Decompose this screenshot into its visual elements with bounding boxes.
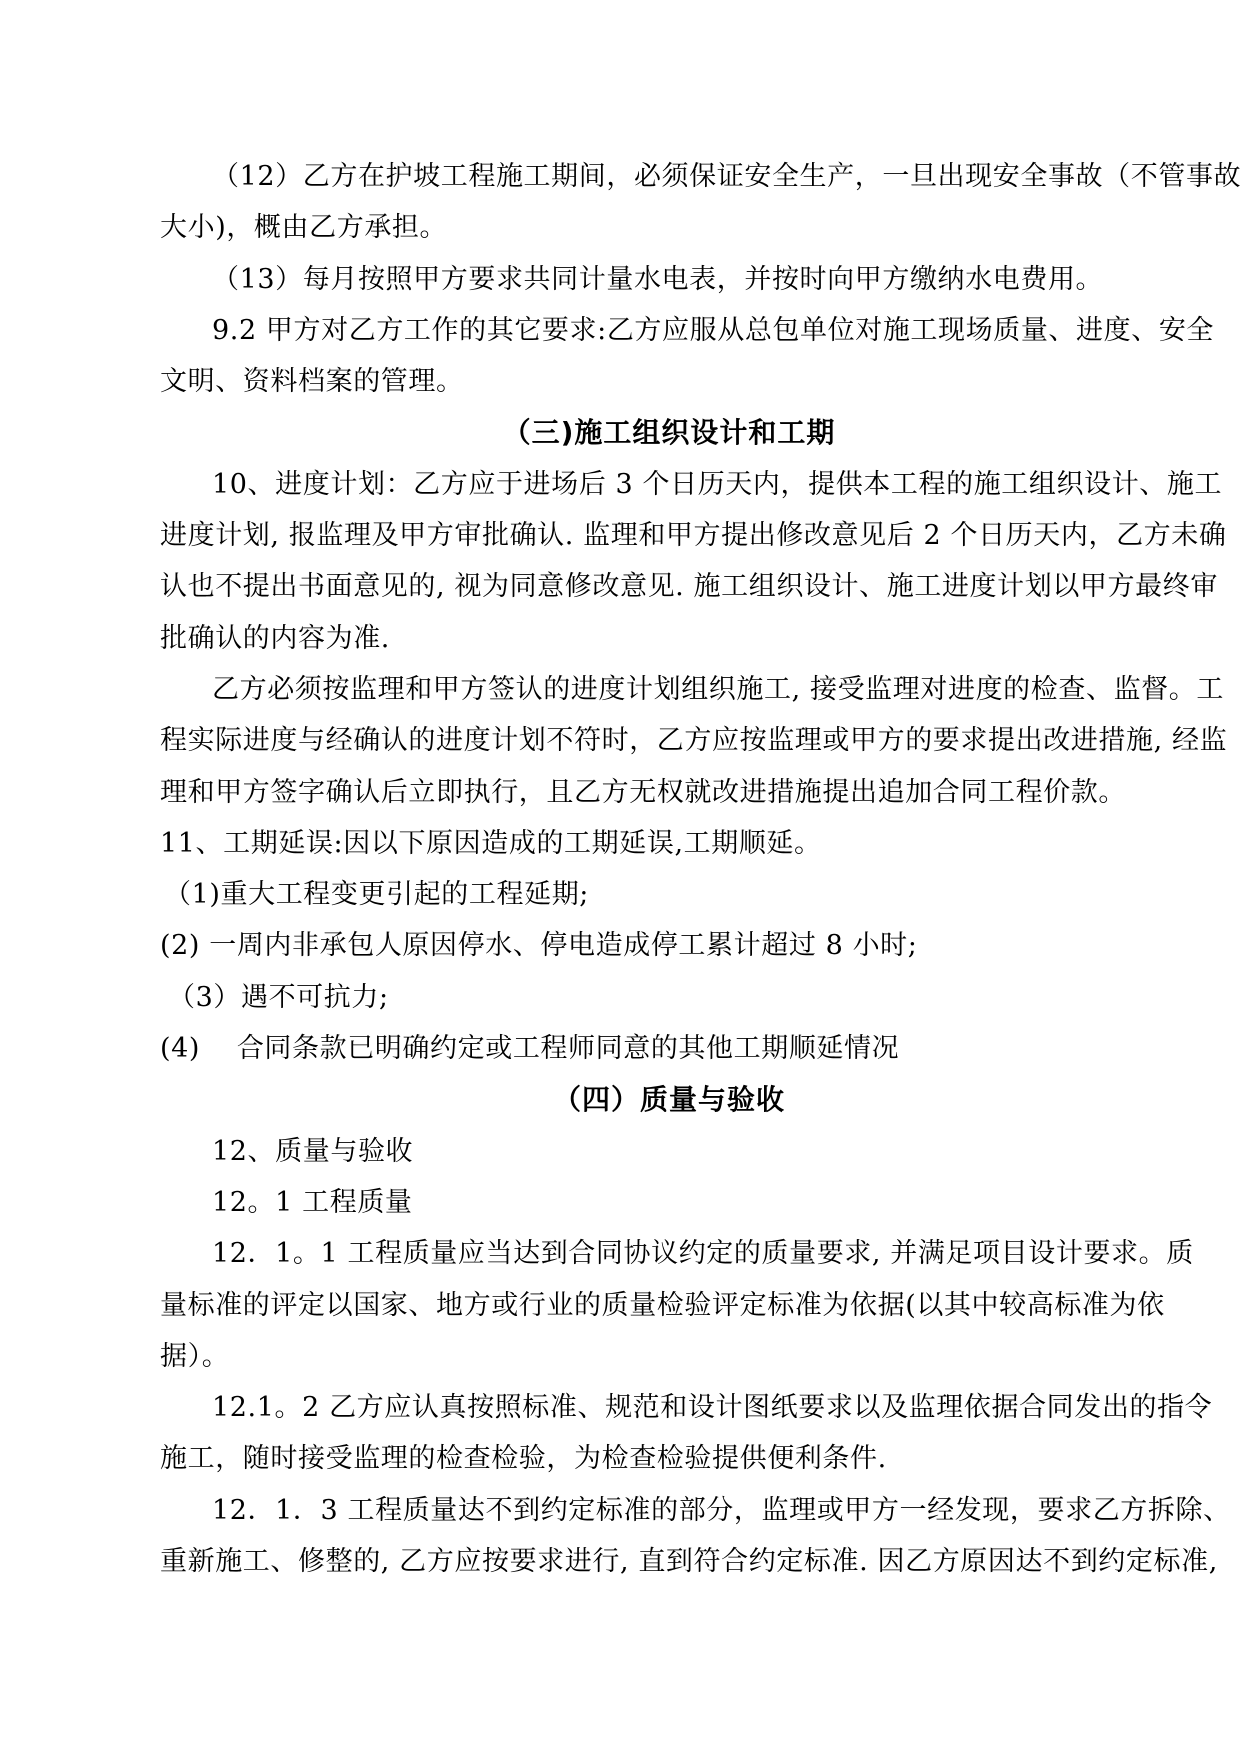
text-line: 12．1．3 工程质量达不到约定标准的部分，监理或甲方一经发现，要求乙方拆除、 [160, 1485, 1106, 1536]
text-line: 理和甲方签字确认后立即执行，且乙方无权就改进措施提出追加合同工程价款。 [160, 767, 1106, 818]
text-line: 9.2 甲方对乙方工作的其它要求:乙方应服从总包单位对施工现场质量、进度、安全 [160, 305, 1106, 356]
text-line: 程实际进度与经确认的进度计划不符时，乙方应按监理或甲方的要求提出改进措施, 经监 [160, 715, 1106, 766]
text-line: 进度计划, 报监理及甲方审批确认. 监理和甲方提出修改意见后 2 个日历天内，乙… [160, 510, 1106, 561]
section-heading: （四）质量与验收 [160, 1074, 1106, 1125]
section-heading: （三)施工组织设计和工期 [160, 407, 1106, 458]
text-line: 12、质量与验收 [160, 1126, 1106, 1177]
text-line: 量标准的评定以国家、地方或行业的质量检验评定标准为依据(以其中较高标准为依 [160, 1280, 1106, 1331]
text-line: 重新施工、修整的, 乙方应按要求进行, 直到符合约定标准. 因乙方原因达不到约定… [160, 1536, 1106, 1587]
text-line: (4) 合同条款已明确约定或工程师同意的其他工期顺延情况 [160, 1023, 1106, 1074]
text-line: 11、工期延误:因以下原因造成的工期延误,工期顺延。 [160, 818, 1106, 869]
text-line: 12．1。1 工程质量应当达到合同协议约定的质量要求, 并满足项目设计要求。质 [160, 1228, 1106, 1279]
text-line: （1)重大工程变更引起的工程延期; [160, 869, 1106, 920]
text-line: 大小)，概由乙方承担。 [160, 202, 1106, 253]
text-line: (2) 一周内非承包人原因停水、停电造成停工累计超过 8 小时; [160, 920, 1106, 971]
text-line: 认也不提出书面意见的, 视为同意修改意见. 施工组织设计、施工进度计划以甲方最终… [160, 561, 1106, 612]
text-line: 乙方必须按监理和甲方签认的进度计划组织施工, 接受监理对进度的检查、监督。工 [160, 664, 1106, 715]
text-line: 12.1。2 乙方应认真按照标准、规范和设计图纸要求以及监理依据合同发出的指令 [160, 1382, 1106, 1433]
text-line: （13）每月按照甲方要求共同计量水电表，并按时向甲方缴纳水电费用。 [160, 254, 1106, 305]
text-line: 据）。 [160, 1331, 1106, 1382]
text-line: 施工，随时接受监理的检查检验，为检查检验提供便利条件. [160, 1433, 1106, 1484]
document-body: （12）乙方在护坡工程施工期间，必须保证安全生产，一旦出现安全事故（不管事故大小… [160, 151, 1106, 1587]
text-line: （12）乙方在护坡工程施工期间，必须保证安全生产，一旦出现安全事故（不管事故 [160, 151, 1106, 202]
text-line: 10、进度计划：乙方应于进场后 3 个日历天内，提供本工程的施工组织设计、施工 [160, 459, 1106, 510]
text-line: （3）遇不可抗力; [160, 972, 1106, 1023]
text-line: 批确认的内容为准. [160, 613, 1106, 664]
text-line: 12。1 工程质量 [160, 1177, 1106, 1228]
text-line: 文明、资料档案的管理。 [160, 356, 1106, 407]
document-page: （12）乙方在护坡工程施工期间，必须保证安全生产，一旦出现安全事故（不管事故大小… [0, 0, 1241, 1754]
